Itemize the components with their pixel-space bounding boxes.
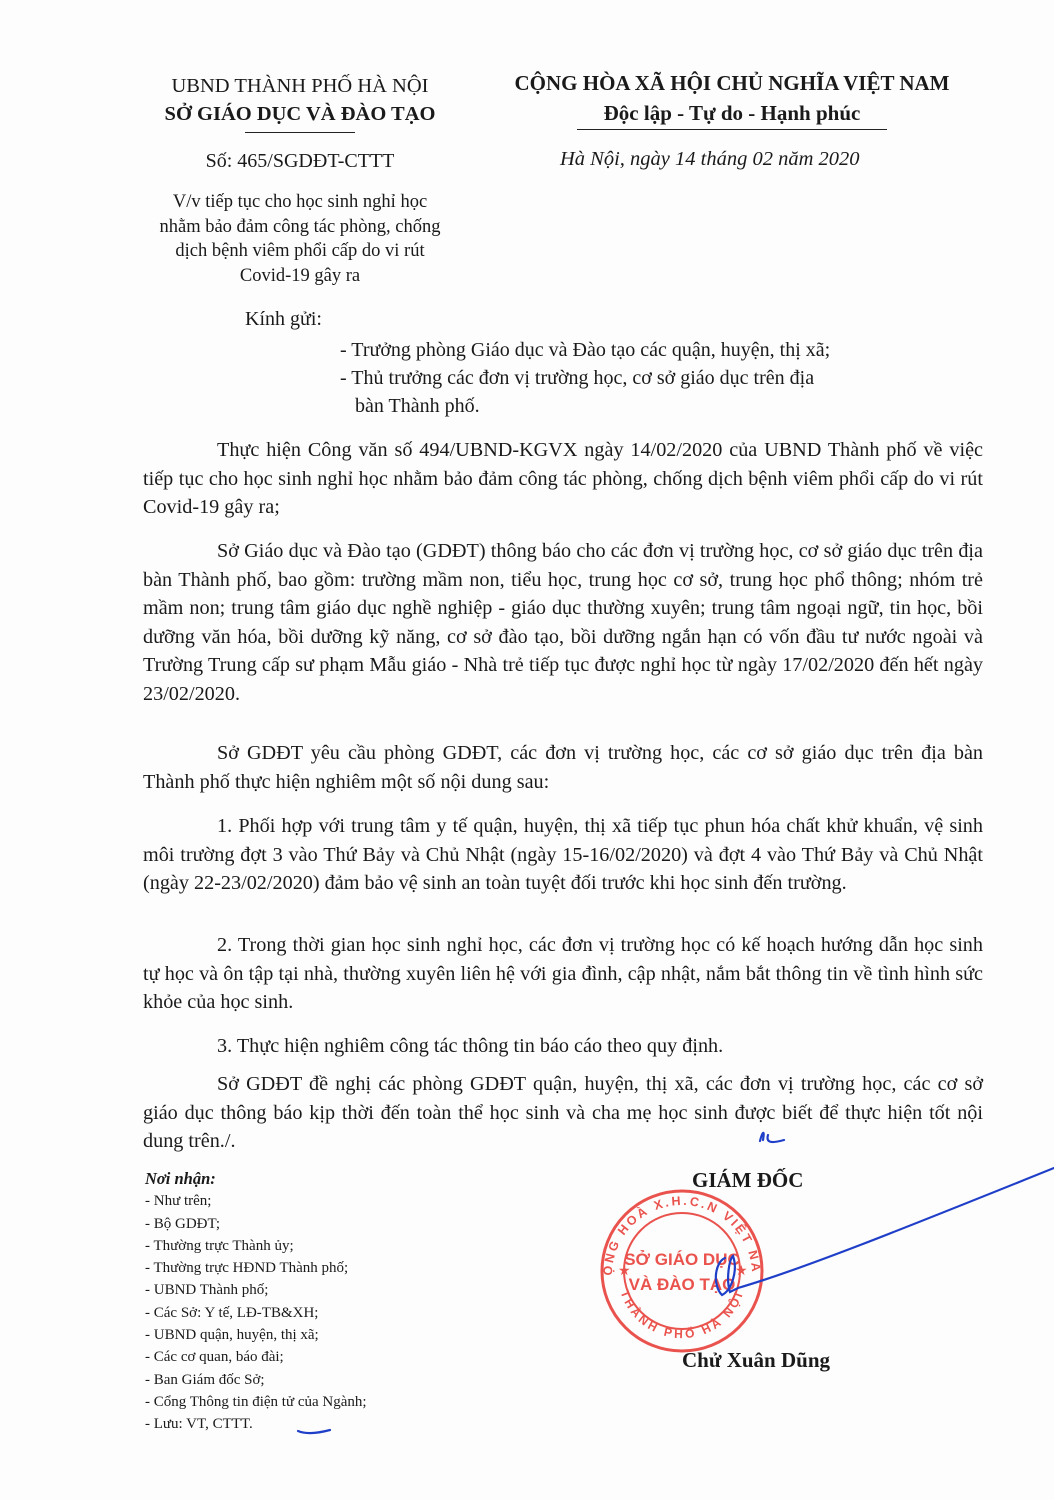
signer-name: Chử Xuân Dũng: [682, 1348, 830, 1373]
svg-text:THÀNH PHỐ HÀ NỘI: THÀNH PHỐ HÀ NỘI: [618, 1288, 747, 1341]
svg-text:CỘNG HOÀ X.H.C.N VIỆT NAM: CỘNG HOÀ X.H.C.N VIỆT NAM: [0, 0, 763, 1276]
official-stamp-icon: CỘNG HOÀ X.H.C.N VIỆT NAM THÀNH PHỐ HÀ N…: [0, 0, 763, 1351]
stamp-and-signature-layer: CỘNG HOÀ X.H.C.N VIỆT NAM THÀNH PHỐ HÀ N…: [0, 0, 1054, 1500]
